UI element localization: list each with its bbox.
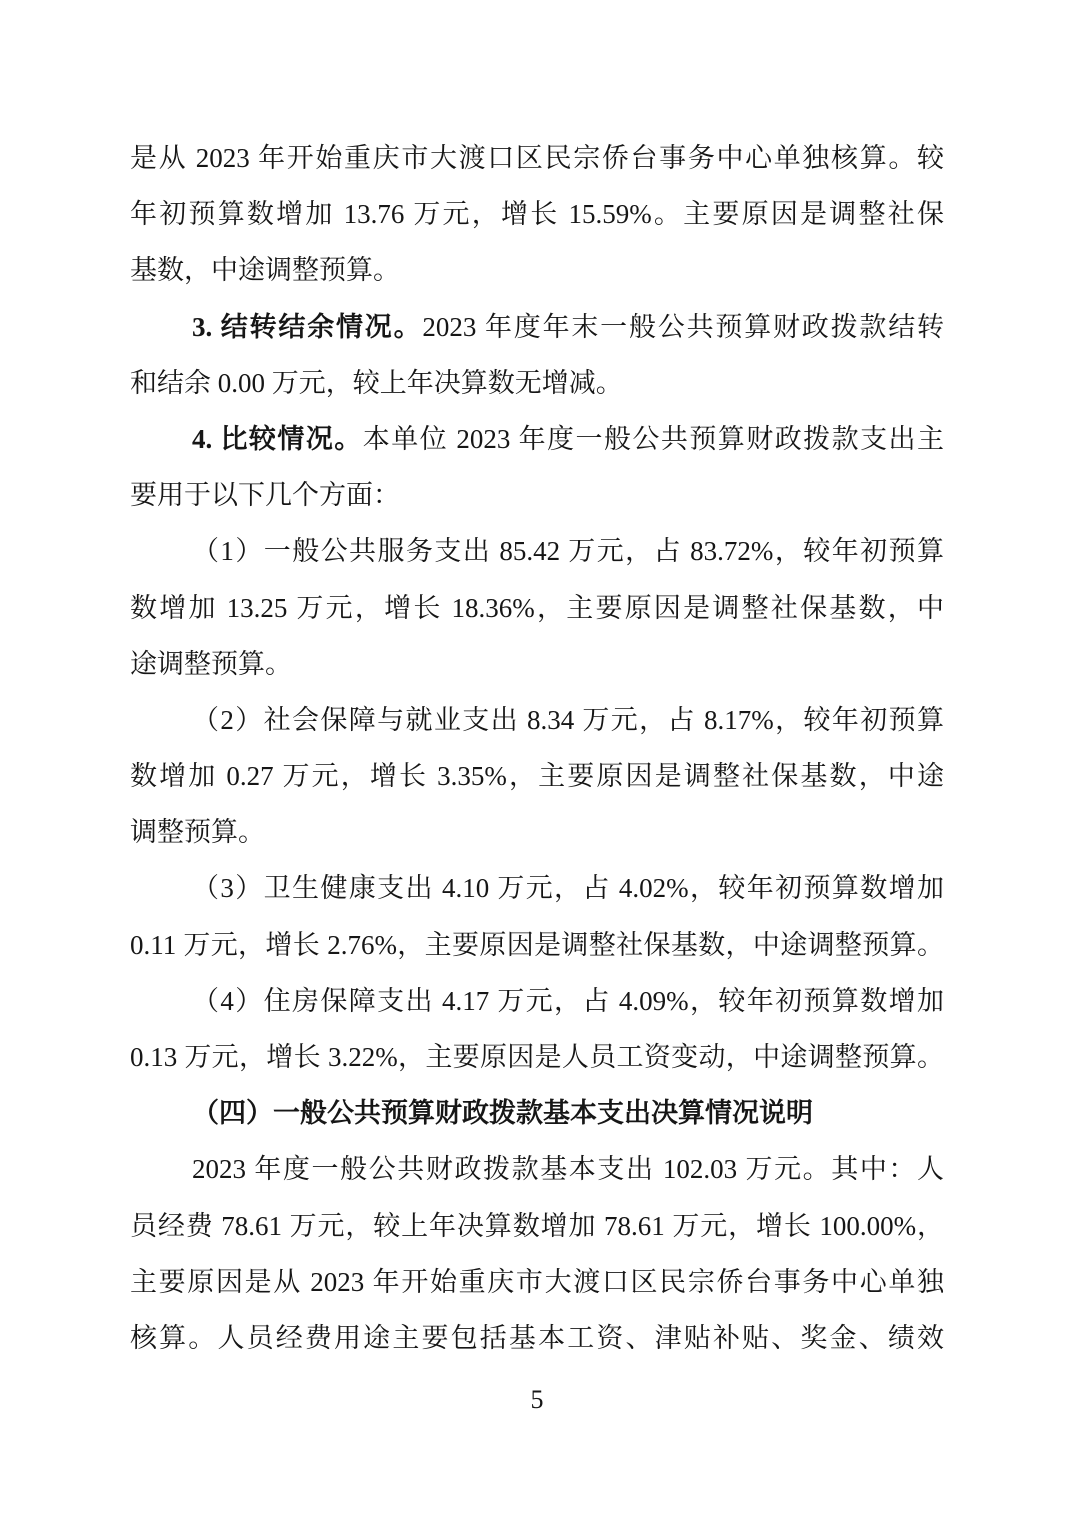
text-segment: 和结余 0.00 万元，较上年决算数无增减。	[130, 368, 623, 398]
page-footer: 5	[130, 1385, 944, 1415]
text-line: （四）一般公共预算财政拨款基本支出决算情况说明	[130, 1085, 944, 1141]
text-segment: （3）卫生健康支出 4.10 万元，占 4.02%，较年初预算数增加	[192, 873, 944, 903]
text-line: 途调整预算。	[130, 636, 944, 692]
text-segment: （4）住房保障支出 4.17 万元，占 4.09%，较年初预算数增加	[192, 986, 944, 1016]
bold-text-segment: 4. 比较情况。	[192, 424, 363, 454]
bold-text-segment: （四）一般公共预算财政拨款基本支出决算情况说明	[192, 1098, 813, 1128]
text-line: 数增加 13.25 万元，增长 18.36%，主要原因是调整社保基数，中	[130, 580, 944, 636]
text-segment: 基数，中途调整预算。	[130, 255, 400, 285]
text-line: 基数，中途调整预算。	[130, 242, 944, 298]
text-segment: 员经费 78.61 万元，较上年决算数增加 78.61 万元，增长 100.00…	[130, 1211, 944, 1241]
text-segment: 0.11 万元，增长 2.76%，主要原因是调整社保基数，中途调整预算。	[130, 930, 944, 960]
page-number: 5	[531, 1385, 544, 1414]
text-segment: 核算。人员经费用途主要包括基本工资、津贴补贴、奖金、绩效	[130, 1323, 944, 1353]
text-segment: 要用于以下几个方面：	[130, 480, 400, 510]
text-segment: 数增加 13.25 万元，增长 18.36%，主要原因是调整社保基数，中	[130, 593, 944, 623]
text-line: 4. 比较情况。本单位 2023 年度一般公共预算财政拨款支出主	[130, 411, 944, 467]
text-line: （2）社会保障与就业支出 8.34 万元，占 8.17%，较年初预算	[130, 692, 944, 748]
bold-text-segment: 3. 结转结余情况。	[192, 312, 422, 342]
text-line: 调整预算。	[130, 804, 944, 860]
text-segment: 是从 2023 年开始重庆市大渡口区民宗侨台事务中心单独核算。较	[130, 143, 944, 173]
document-body: 是从 2023 年开始重庆市大渡口区民宗侨台事务中心单独核算。较年初预算数增加 …	[130, 130, 944, 1366]
text-segment: 数增加 0.27 万元，增长 3.35%，主要原因是调整社保基数，中途	[130, 761, 944, 791]
text-line: 3. 结转结余情况。2023 年度年末一般公共预算财政拨款结转	[130, 299, 944, 355]
text-line: 要用于以下几个方面：	[130, 467, 944, 523]
text-line: 0.11 万元，增长 2.76%，主要原因是调整社保基数，中途调整预算。	[130, 917, 944, 973]
text-segment: 主要原因是从 2023 年开始重庆市大渡口区民宗侨台事务中心单独	[130, 1267, 944, 1297]
text-line: 数增加 0.27 万元，增长 3.35%，主要原因是调整社保基数，中途	[130, 748, 944, 804]
text-line: （3）卫生健康支出 4.10 万元，占 4.02%，较年初预算数增加	[130, 860, 944, 916]
text-segment: 2023 年度年末一般公共预算财政拨款结转	[422, 312, 944, 342]
text-line: 和结余 0.00 万元，较上年决算数无增减。	[130, 355, 944, 411]
text-line: 主要原因是从 2023 年开始重庆市大渡口区民宗侨台事务中心单独	[130, 1254, 944, 1310]
text-segment: 调整预算。	[130, 817, 265, 847]
text-segment: 途调整预算。	[130, 649, 292, 679]
text-line: 是从 2023 年开始重庆市大渡口区民宗侨台事务中心单独核算。较	[130, 130, 944, 186]
text-segment: （1）一般公共服务支出 85.42 万元，占 83.72%，较年初预算	[192, 536, 944, 566]
document-page: 是从 2023 年开始重庆市大渡口区民宗侨台事务中心单独核算。较年初预算数增加 …	[0, 0, 1074, 1520]
text-line: （1）一般公共服务支出 85.42 万元，占 83.72%，较年初预算	[130, 523, 944, 579]
text-line: 0.13 万元，增长 3.22%，主要原因是人员工资变动，中途调整预算。	[130, 1029, 944, 1085]
text-segment: 0.13 万元，增长 3.22%，主要原因是人员工资变动，中途调整预算。	[130, 1042, 944, 1072]
text-segment: （2）社会保障与就业支出 8.34 万元，占 8.17%，较年初预算	[192, 705, 944, 735]
text-line: 年初预算数增加 13.76 万元，增长 15.59%。主要原因是调整社保	[130, 186, 944, 242]
text-segment: 年初预算数增加 13.76 万元，增长 15.59%。主要原因是调整社保	[130, 199, 944, 229]
text-line: （4）住房保障支出 4.17 万元，占 4.09%，较年初预算数增加	[130, 973, 944, 1029]
text-line: 员经费 78.61 万元，较上年决算数增加 78.61 万元，增长 100.00…	[130, 1198, 944, 1254]
text-segment: 本单位 2023 年度一般公共预算财政拨款支出主	[363, 424, 944, 454]
text-line: 2023 年度一般公共财政拨款基本支出 102.03 万元。其中：人	[130, 1141, 944, 1197]
text-segment: 2023 年度一般公共财政拨款基本支出 102.03 万元。其中：人	[192, 1154, 944, 1184]
text-line: 核算。人员经费用途主要包括基本工资、津贴补贴、奖金、绩效	[130, 1310, 944, 1366]
